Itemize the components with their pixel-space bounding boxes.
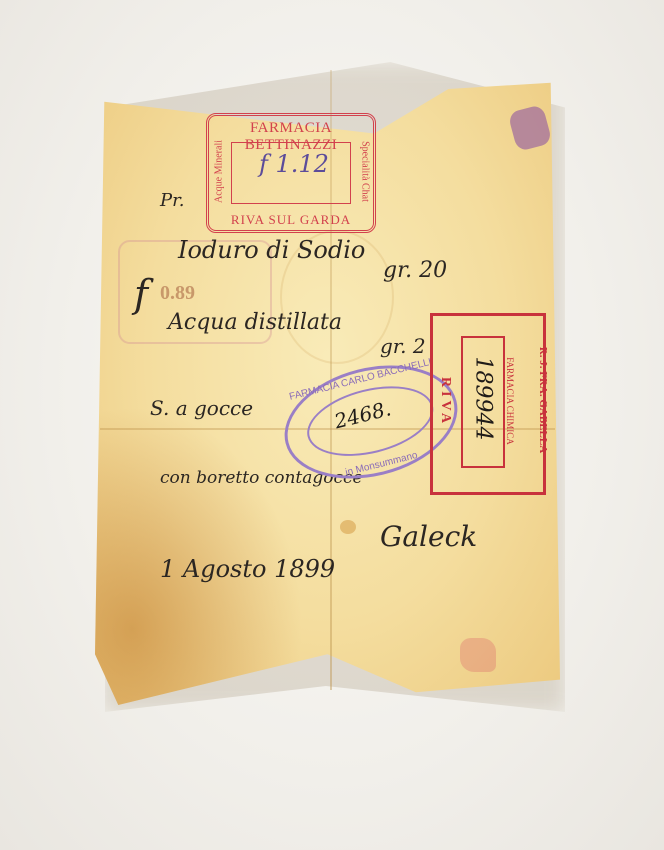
stamp-gabella-subtitle: FARMACIA CHIMICA <box>505 346 515 456</box>
stamp-bettinazzi-right-text: Specialità Chat <box>360 132 371 212</box>
stamp-bettinazzi: FARMACIA BETTINAZZI Acque Minerali Speci… <box>206 113 376 233</box>
red-stain <box>460 638 496 672</box>
handwritten-number-gabella: 189944 <box>471 349 496 449</box>
line1-item: Ioduro di Sodio <box>178 236 365 264</box>
handwritten-price-bettinazzi: f 1.12 <box>259 150 329 178</box>
line1-qty: gr. 20 <box>383 258 447 283</box>
faded-price-value: 0.89 <box>160 282 195 305</box>
stamp-gabella-title: R. J. FRA. GABELLA <box>537 325 549 475</box>
brown-spot <box>340 520 356 534</box>
line2-qty: gr. 2 <box>380 334 426 358</box>
stamp-gabella-town: RIVA <box>437 362 453 442</box>
date: 1 Agosto 1899 <box>160 555 335 583</box>
stamp-bettinazzi-town: RIVA SUL GARDA <box>209 212 373 228</box>
stamp-bettinazzi-left-text: Acque Minerali <box>214 132 225 212</box>
line3-instruction: S. a gocce <box>150 396 253 420</box>
rx-symbol: Pr. <box>160 190 184 211</box>
faded-price-prefix: f <box>134 272 148 316</box>
signature: Galeck <box>380 520 477 553</box>
line2-item: Acqua distillata <box>168 310 342 335</box>
stamp-gabella: RIVA R. J. FRA. GABELLA FARMACIA CHIMICA… <box>430 313 546 495</box>
